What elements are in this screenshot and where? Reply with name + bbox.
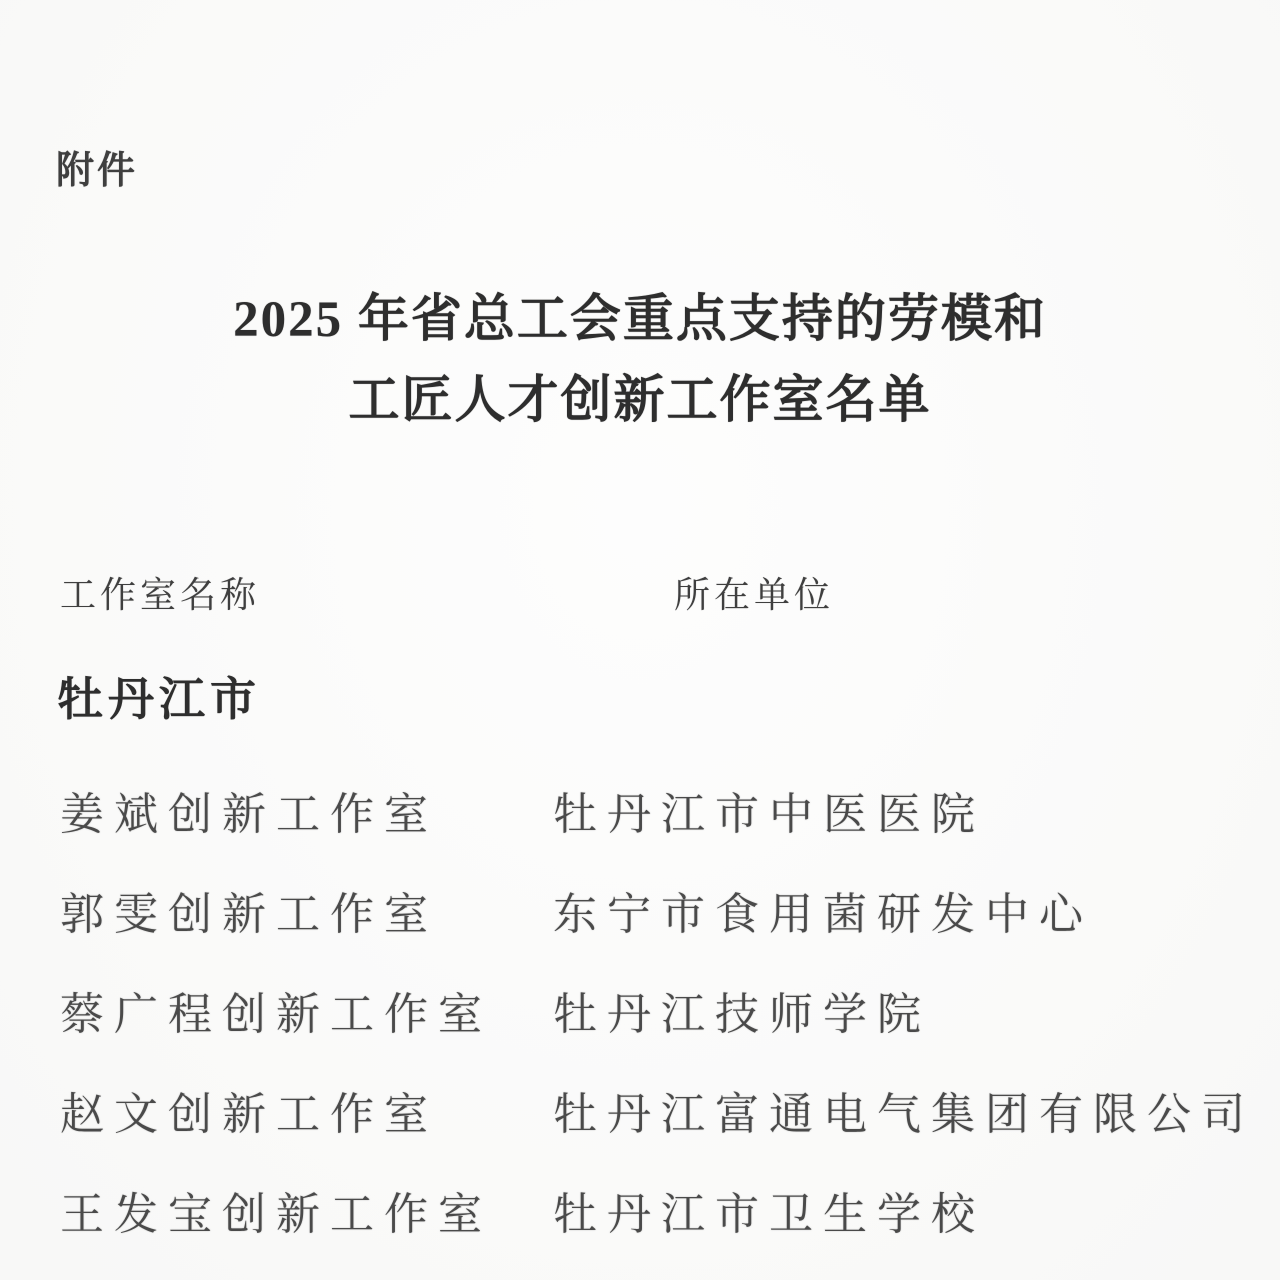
unit-name-cell: 牡丹江技师学院 (553, 978, 1255, 1042)
studio-name-cell: 郭雯创新工作室 (60, 878, 553, 942)
document-title: 2025 年省总工会重点支持的劳模和 工匠人才创新工作室名单 (0, 280, 1280, 442)
table-row: 郭雯创新工作室 东宁市食用菌研发中心 (60, 860, 1255, 960)
document-title-line-2: 工匠人才创新工作室名单 (0, 361, 1280, 442)
table-row: 赵文创新工作室 牡丹江富通电气集团有限公司 (60, 1060, 1255, 1160)
studio-table: 姜斌创新工作室 牡丹江市中医医院 郭雯创新工作室 东宁市食用菌研发中心 蔡广程创… (60, 760, 1255, 1260)
unit-name-cell: 东宁市食用菌研发中心 (553, 878, 1255, 942)
unit-name-cell: 牡丹江市卫生学校 (553, 1178, 1255, 1242)
table-row: 王发宝创新工作室 牡丹江市卫生学校 (60, 1160, 1255, 1260)
studio-name-cell: 赵文创新工作室 (60, 1078, 553, 1142)
column-header-studio-name: 工作室名称 (60, 572, 260, 618)
unit-name-cell: 牡丹江富通电气集团有限公司 (553, 1078, 1255, 1142)
section-header-city: 牡丹江市 (57, 670, 261, 728)
studio-name-cell: 王发宝创新工作室 (60, 1178, 553, 1242)
table-row: 蔡广程创新工作室 牡丹江技师学院 (60, 960, 1255, 1060)
studio-name-cell: 蔡广程创新工作室 (60, 978, 553, 1042)
document-title-line-1: 2025 年省总工会重点支持的劳模和 (0, 280, 1280, 361)
studio-name-cell: 姜斌创新工作室 (60, 778, 553, 842)
unit-name-cell: 牡丹江市中医医院 (553, 778, 1255, 842)
document-page: 附件 2025 年省总工会重点支持的劳模和 工匠人才创新工作室名单 工作室名称 … (0, 0, 1280, 1280)
column-header-unit: 所在单位 (674, 572, 834, 618)
table-row: 姜斌创新工作室 牡丹江市中医医院 (60, 760, 1255, 860)
attachment-label: 附件 (56, 148, 138, 194)
